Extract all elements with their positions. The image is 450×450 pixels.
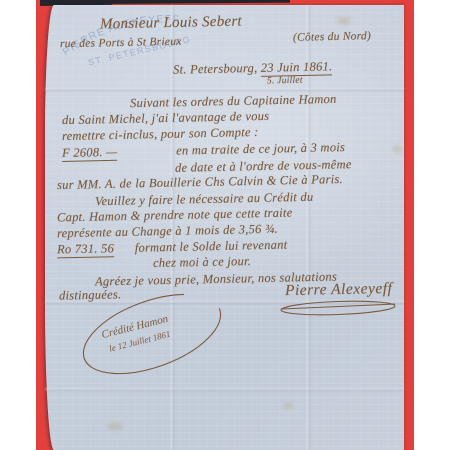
dateline-place: St. Petersbourg,	[173, 61, 258, 77]
letter-paper: PIERRE ALEXEYEFF ST. PETERSBOURG Monsieu…	[45, 5, 404, 450]
body-line: sur MM. A. de la Bouillerie Chs Calvin &…	[57, 173, 343, 191]
amount-figure: F 2608. —	[62, 145, 118, 162]
horizontal-fold-line	[45, 88, 404, 91]
letter-photograph: PIERRE ALEXEYEFF ST. PETERSBOURG Monsieu…	[0, 0, 450, 450]
signature: Pierre Alexeyeff	[285, 281, 393, 299]
amount-description: formant le Solde lui revenant	[135, 238, 288, 255]
body-line-amount: F 2608. — en ma traite de ce jour, à 3 m…	[62, 141, 345, 159]
address-recipient: Monsieur Louis Sebert	[100, 15, 242, 33]
dateline: St. Petersbourg, 23 Juin 1861.	[173, 60, 333, 76]
body-line: remettre ci-inclus, pour son Compte :	[62, 126, 259, 143]
body-line: Suivant les ordres du Capitaine Hamon	[130, 93, 337, 110]
body-line-amount: Ro 731. 56 formant le Solde lui revenant	[57, 239, 288, 256]
body-line: représente au Change à 1 mois de 3,56 ¾.	[57, 223, 278, 240]
body-line: chez moi à ce jour.	[153, 255, 251, 270]
amount-figure: Ro 731. 56	[57, 241, 114, 258]
paper-stain	[393, 145, 401, 153]
dateline-alt-date: 5. Juillet	[267, 77, 303, 87]
signature-flourish	[277, 297, 399, 319]
body-line: du Saint Michel, j'ai l'avantage de vous	[62, 110, 270, 127]
paper-stain	[283, 403, 293, 409]
address-region: (Côtes du Nord)	[293, 31, 371, 44]
paper-stain	[107, 423, 123, 430]
amount-description: en ma traite de ce jour, à 3 mois	[176, 140, 345, 158]
paper-stain	[337, 17, 351, 25]
dateline-date: 23 Juin 1861.	[261, 59, 333, 76]
